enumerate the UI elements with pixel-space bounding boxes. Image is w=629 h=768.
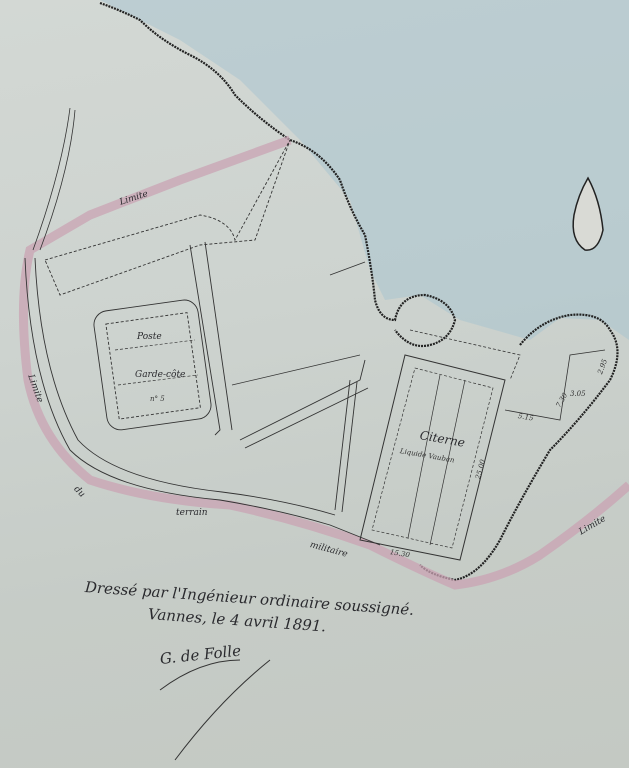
signature-stroke bbox=[160, 660, 270, 760]
label-poste-note: n° 5 bbox=[150, 395, 165, 403]
dimension-label: 3.05 bbox=[570, 390, 586, 398]
map-drawing bbox=[0, 0, 629, 768]
label-terrain: terrain bbox=[176, 508, 208, 518]
sea-area bbox=[100, 0, 629, 340]
poste-garde-cote bbox=[92, 298, 213, 431]
map-sheet: Limite Limite du terrain militaire Limit… bbox=[0, 0, 629, 768]
label-garde-cote: Garde-côte bbox=[135, 370, 185, 380]
label-poste: Poste bbox=[137, 332, 162, 342]
citerne bbox=[360, 330, 605, 560]
